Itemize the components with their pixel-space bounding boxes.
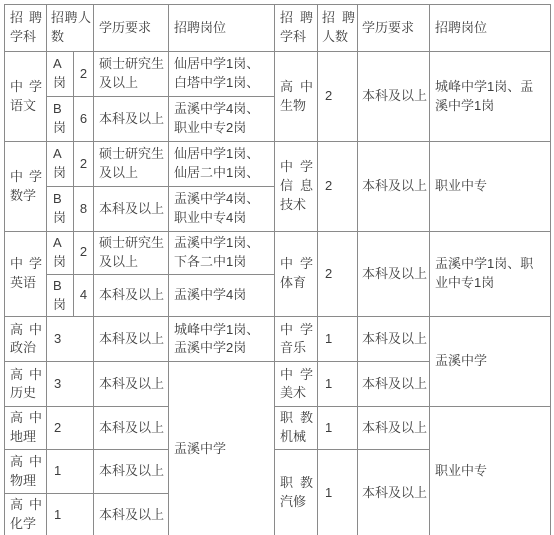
cell-yuwen-a-degree: 硕士研究生及以上: [94, 52, 169, 97]
cell-meishu-subject: 中学美术: [275, 362, 318, 407]
cell-shengwu-positions: 城峰中学1岗、盂溪中学1岗: [430, 52, 551, 142]
cell-yuwen-b-positions: 盂溪中学4岗、职业中专2岗: [169, 97, 275, 142]
cell-shuxue-a-post: A岗: [47, 142, 74, 187]
cell-yuwen-a-positions: 仙居中学1岗、白塔中学1岗、: [169, 52, 275, 97]
cell-yuwen-a-post: A岗: [47, 52, 74, 97]
cell-xinxijishu-count: 2: [318, 142, 358, 232]
cell-wuli-count: 1: [47, 450, 94, 494]
cell-yinyue-subject: 中学音乐: [275, 317, 318, 362]
cell-meishu-count: 1: [318, 362, 358, 407]
cell-zhengzhi-subject: 高中政治: [5, 317, 47, 362]
page: 招聘学科 招聘人数 学历要求 招聘岗位 招聘学科 招聘人数 学历要求 招聘岗位 …: [0, 0, 554, 535]
cell-shuxue-b-degree: 本科及以上: [94, 187, 169, 232]
cell-yuwen-b-degree: 本科及以上: [94, 97, 169, 142]
cell-shuxue-a-positions: 仙居中学1岗、仙居二中1岗、: [169, 142, 275, 187]
cell-shengwu-count: 2: [318, 52, 358, 142]
cell-shuxue-a-degree: 硕士研究生及以上: [94, 142, 169, 187]
header-degree-left: 学历要求: [94, 5, 169, 52]
table-row: 高中政治 3 本科及以上 城峰中学1岗、盂溪中学2岗 中学音乐 1 本科及以上 …: [5, 317, 551, 362]
header-row: 招聘学科 招聘人数 学历要求 招聘岗位 招聘学科 招聘人数 学历要求 招聘岗位: [5, 5, 551, 52]
cell-shuxue-b-positions: 盂溪中学4岗、职业中专4岗: [169, 187, 275, 232]
cell-xinxijishu-subject: 中学信息技术: [275, 142, 318, 232]
cell-zhengzhi-positions: 城峰中学1岗、盂溪中学2岗: [169, 317, 275, 362]
cell-dili-degree: 本科及以上: [94, 407, 169, 450]
table-row: 高中地理 2 本科及以上 职教机械 1 本科及以上 职业中专: [5, 407, 551, 450]
cell-yingyu-a-count: 2: [74, 232, 94, 275]
header-degree-right: 学历要求: [358, 5, 430, 52]
cell-huaxue-subject: 高中化学: [5, 494, 47, 535]
cell-yingyu-b-count: 4: [74, 274, 94, 317]
table-row: 中学语文 A岗 2 硕士研究生及以上 仙居中学1岗、白塔中学1岗、 高中生物 2…: [5, 52, 551, 97]
cell-meishu-degree: 本科及以上: [358, 362, 430, 407]
cell-yingyu-b-positions: 盂溪中学4岗: [169, 274, 275, 317]
cell-tiyu-count: 2: [318, 232, 358, 317]
cell-tiyu-positions: 盂溪中学1岗、职业中专1岗: [430, 232, 551, 317]
header-subject-right: 招聘学科: [275, 5, 318, 52]
cell-yingyu-b-degree: 本科及以上: [94, 274, 169, 317]
cell-yingyu-subject: 中学英语: [5, 232, 47, 317]
cell-yinyue-degree: 本科及以上: [358, 317, 430, 362]
cell-dili-count: 2: [47, 407, 94, 450]
cell-yingyu-a-positions: 盂溪中学1岗、下各二中1岗: [169, 232, 275, 275]
cell-yingyu-a-post: A岗: [47, 232, 74, 275]
cell-shengwu-degree: 本科及以上: [358, 52, 430, 142]
cell-yinyue-meishu-positions: 盂溪中学: [430, 317, 551, 407]
cell-yuwen-subject: 中学语文: [5, 52, 47, 142]
header-count-left: 招聘人数: [47, 5, 94, 52]
cell-yuwen-b-post: B岗: [47, 97, 74, 142]
cell-shuxue-b-post: B岗: [47, 187, 74, 232]
cell-dili-subject: 高中地理: [5, 407, 47, 450]
cell-tiyu-degree: 本科及以上: [358, 232, 430, 317]
cell-shuxue-subject: 中学数学: [5, 142, 47, 232]
cell-xinxijishu-degree: 本科及以上: [358, 142, 430, 232]
cell-zhengzhi-degree: 本科及以上: [94, 317, 169, 362]
cell-shuxue-b-count: 8: [74, 187, 94, 232]
cell-yingyu-a-degree: 硕士研究生及以上: [94, 232, 169, 275]
cell-lishi-count: 3: [47, 362, 94, 407]
cell-shengwu-subject: 高中生物: [275, 52, 318, 142]
cell-qixiu-subject: 职教汽修: [275, 450, 318, 535]
recruitment-table: 招聘学科 招聘人数 学历要求 招聘岗位 招聘学科 招聘人数 学历要求 招聘岗位 …: [4, 4, 551, 535]
cell-wuli-subject: 高中物理: [5, 450, 47, 494]
header-count-right: 招聘人数: [318, 5, 358, 52]
cell-yingyu-b-post: B岗: [47, 274, 74, 317]
cell-yuwen-a-count: 2: [74, 52, 94, 97]
table-row: 中学英语 A岗 2 硕士研究生及以上 盂溪中学1岗、下各二中1岗 中学体育 2 …: [5, 232, 551, 275]
header-position-left: 招聘岗位: [169, 5, 275, 52]
cell-qixiu-count: 1: [318, 450, 358, 535]
header-subject-left: 招聘学科: [5, 5, 47, 52]
cell-jixie-count: 1: [318, 407, 358, 450]
cell-jixie-degree: 本科及以上: [358, 407, 430, 450]
cell-huaxue-degree: 本科及以上: [94, 494, 169, 535]
cell-xinxijishu-positions: 职业中专: [430, 142, 551, 232]
cell-lishi-degree: 本科及以上: [94, 362, 169, 407]
cell-yuwen-b-count: 6: [74, 97, 94, 142]
cell-jixie-qixiu-positions: 职业中专: [430, 407, 551, 535]
cell-jixie-subject: 职教机械: [275, 407, 318, 450]
cell-zhengzhi-count: 3: [47, 317, 94, 362]
cell-yinyue-count: 1: [318, 317, 358, 362]
cell-wuli-degree: 本科及以上: [94, 450, 169, 494]
cell-qixiu-degree: 本科及以上: [358, 450, 430, 535]
cell-lishi-huaxue-positions: 盂溪中学: [169, 362, 275, 535]
table-row: 中学数学 A岗 2 硕士研究生及以上 仙居中学1岗、仙居二中1岗、 中学信息技术…: [5, 142, 551, 187]
cell-shuxue-a-count: 2: [74, 142, 94, 187]
cell-tiyu-subject: 中学体育: [275, 232, 318, 317]
header-position-right: 招聘岗位: [430, 5, 551, 52]
cell-lishi-subject: 高中历史: [5, 362, 47, 407]
cell-huaxue-count: 1: [47, 494, 94, 535]
